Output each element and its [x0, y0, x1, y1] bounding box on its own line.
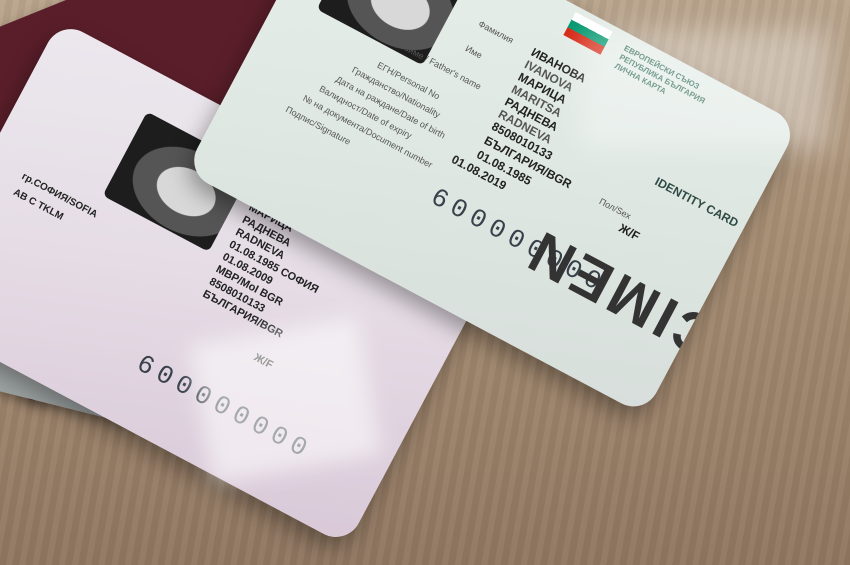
- light-glare: [580, 30, 830, 150]
- label-surname: Фамилия: [477, 19, 515, 46]
- sex: Ж/F: [617, 221, 643, 243]
- id-header-en: IDENTITY CARD: [653, 174, 741, 230]
- id-photo: [317, 0, 468, 65]
- label-sex: Пол/Sex: [598, 196, 633, 221]
- label-name: Име: [464, 43, 484, 60]
- light-glare: [189, 316, 381, 483]
